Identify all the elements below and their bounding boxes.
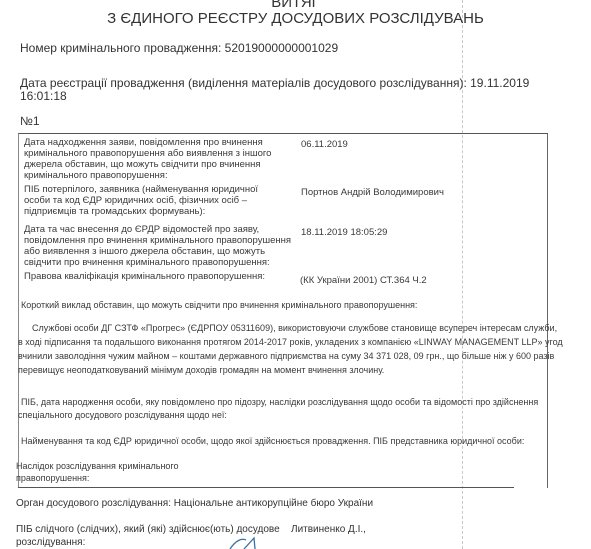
investigator-name: Литвиненко Д.І.,: [291, 524, 366, 535]
registration-time: 16:01:18: [20, 89, 67, 103]
field-value-qualification: (КК України 2001) СТ.364 Ч.2: [300, 275, 427, 286]
field-value-victim: Портнов Андрій Володимирович: [301, 187, 444, 198]
investigator-label-cont: розслідування:: [16, 537, 85, 548]
legal-entity-label: Найменування та код ЄДР юридичної особи,…: [21, 436, 524, 446]
summary-label: Короткий виклад обставин, що можуть свід…: [21, 300, 417, 310]
field-value-receipt-date: 06.11.2019: [301, 139, 348, 150]
field-value-entry-datetime: 18.11.2019 18:05:29: [301, 227, 387, 238]
summary-line: вчинили заволодіння чужим майном – кошта…: [18, 351, 554, 361]
record-box-bottom: [18, 487, 514, 488]
case-number: Номер кримінального провадження: 5201900…: [20, 41, 338, 55]
field-label-receipt-date: Дата надходження заяви, повідомлення про…: [24, 137, 286, 181]
suspect-label-cont: спеціального досудового розслідування що…: [18, 410, 227, 420]
field-label-qualification: Правова кваліфікація кримінального право…: [24, 271, 265, 282]
field-label-entry-datetime: Дата та час внесення до ЄРДР відомостей …: [24, 224, 298, 268]
investigation-authority: Орган досудового розслідування: Націонал…: [16, 498, 373, 509]
summary-line: в ході підписання та подальшого виконанн…: [18, 337, 563, 347]
document-subtitle: З ЄДИНОГО РЕЄСТРУ ДОСУДОВИХ РОЗСЛІДУВАНЬ: [0, 10, 591, 27]
field-label-victim: ПІБ потерпілого, заявника (найменування …: [24, 184, 286, 217]
result-label-cont: правопорушення:: [16, 473, 89, 483]
suspect-label: ПІБ, дата народження особи, яку повідомл…: [21, 397, 538, 407]
entry-number: №1: [20, 114, 40, 128]
summary-line: Службові особи ДГ СЗТФ «Прогрес» (ЄДРПОУ…: [32, 323, 557, 333]
result-label: Наслідок розслідування кримінального: [16, 461, 179, 471]
investigator-label: ПІБ слідчого (слідчих), який (які) здійс…: [16, 524, 280, 535]
signature-mark: [228, 536, 268, 549]
summary-line: перевищує неоподатковуваний мінімум дохо…: [18, 365, 384, 375]
registration-date: Дата реєстрації провадження (виділення м…: [20, 76, 529, 90]
